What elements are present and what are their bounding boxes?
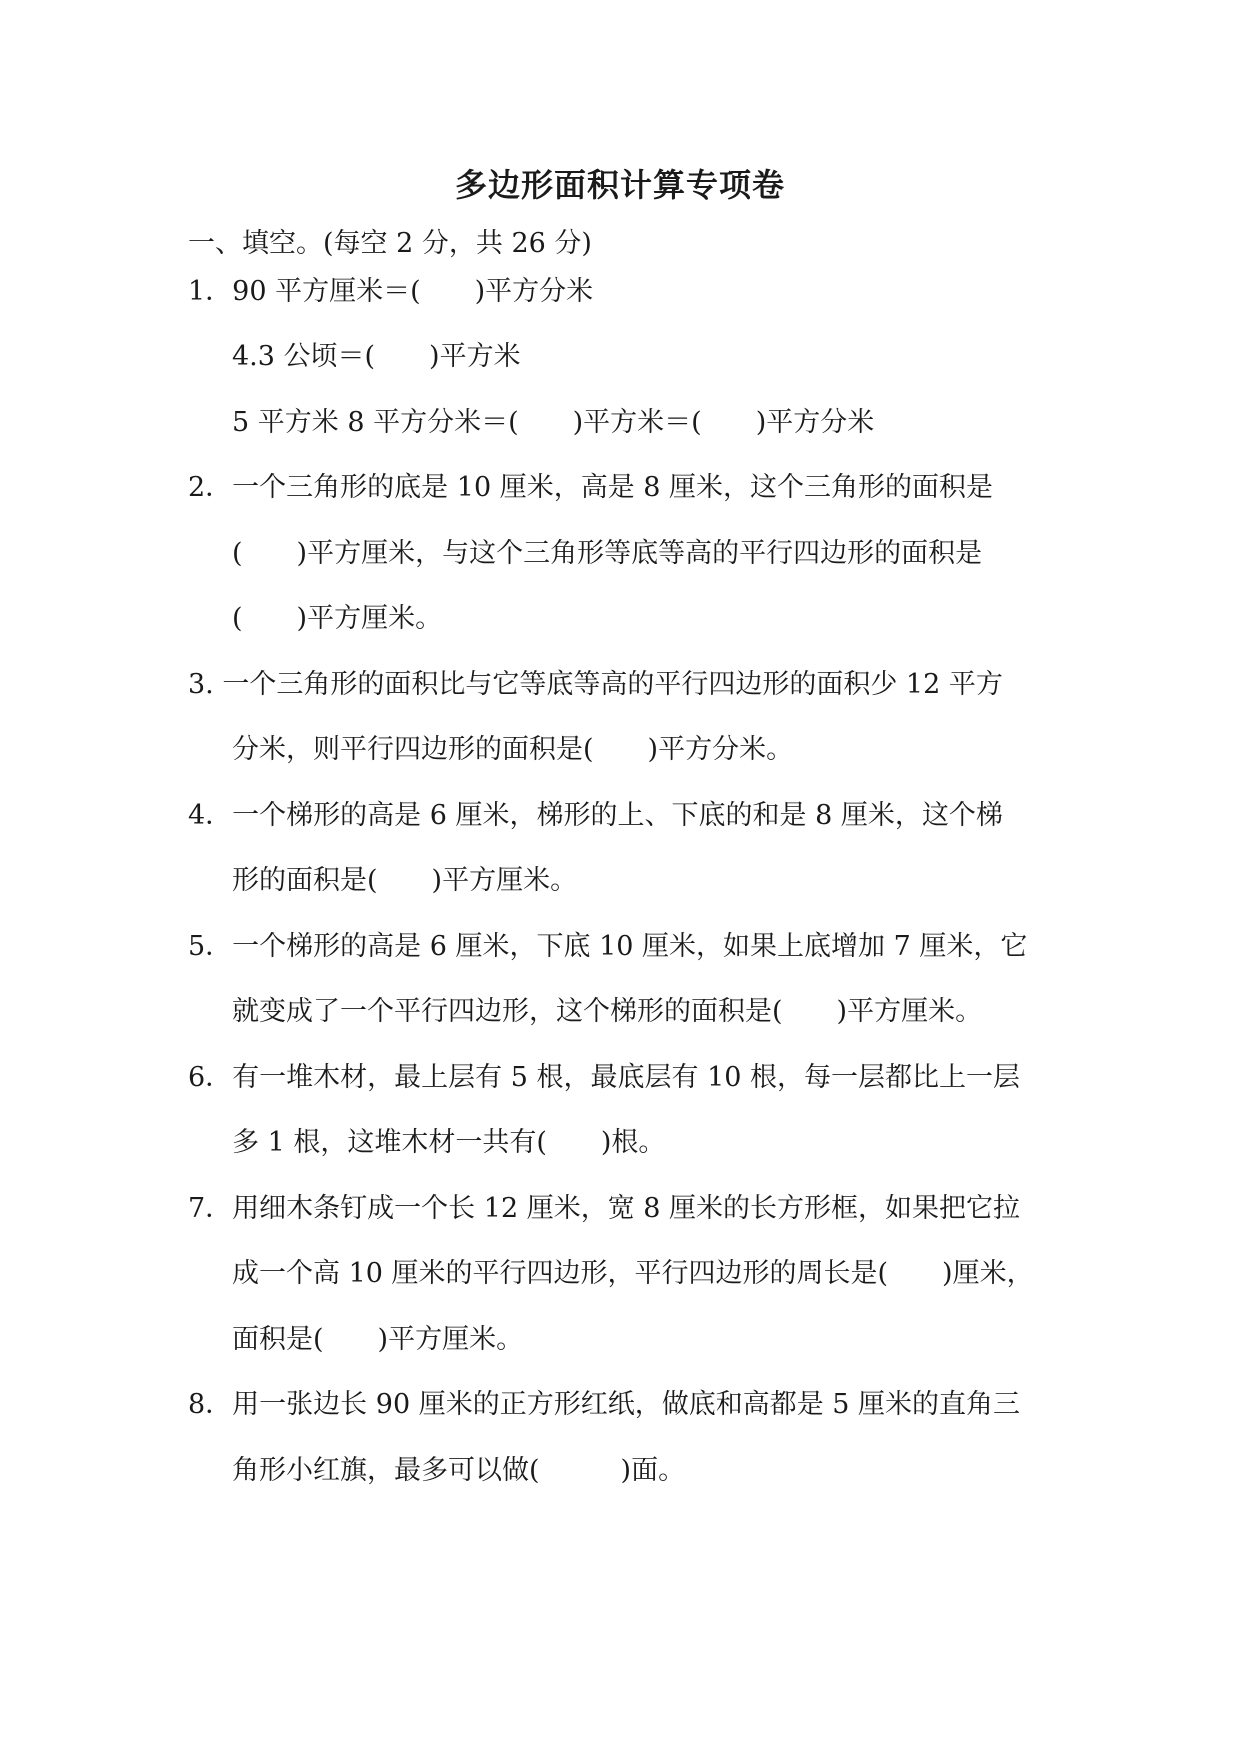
question-line: 3. 一个三角形的面积比与它等底等高的平行四边形的面积少 12 平方 <box>188 667 1003 703</box>
question-line: 4.3 公顷＝( )平方米 <box>232 339 521 375</box>
question-line: 成一个高 10 厘米的平行四边形，平行四边形的周长是( )厘米， <box>232 1256 1034 1292</box>
question-line: 7．用细木条钉成一个长 12 厘米，宽 8 厘米的长方形框，如果把它拉 <box>188 1191 1020 1227</box>
question-line: 8．用一张边长 90 厘米的正方形红纸，做底和高都是 5 厘米的直角三 <box>188 1387 1020 1423</box>
question-line: 分米，则平行四边形的面积是( )平方分米。 <box>232 732 793 768</box>
question-line: 5 平方米 8 平方分米＝( )平方米＝( )平方分米 <box>232 405 874 441</box>
section-heading: 一、填空。(每空 2 分，共 26 分) <box>188 226 592 262</box>
question-line: 2．一个三角形的底是 10 厘米，高是 8 厘米，这个三角形的面积是 <box>188 470 993 506</box>
question-line: 5．一个梯形的高是 6 厘米，下底 10 厘米，如果上底增加 7 厘米，它 <box>188 929 1027 965</box>
question-line: ( )平方厘米。 <box>232 601 442 637</box>
question-line: 就变成了一个平行四边形，这个梯形的面积是( )平方厘米。 <box>232 994 982 1030</box>
question-line: 多 1 根，这堆木材一共有( )根。 <box>232 1125 665 1161</box>
question-line: 形的面积是( )平方厘米。 <box>232 863 577 899</box>
question-line: 6．有一堆木材，最上层有 5 根，最底层有 10 根，每一层都比上一层 <box>188 1060 1020 1096</box>
question-line: 4．一个梯形的高是 6 厘米，梯形的上、下底的和是 8 厘米，这个梯 <box>188 798 1003 834</box>
page-title: 多边形面积计算专项卷 <box>0 160 1240 206</box>
question-line: 角形小红旗，最多可以做( )面。 <box>232 1453 685 1489</box>
question-line: 面积是( )平方厘米。 <box>232 1322 523 1358</box>
question-line: 1．90 平方厘米＝( )平方分米 <box>188 274 593 310</box>
question-line: ( )平方厘米，与这个三角形等底等高的平行四边形的面积是 <box>232 536 982 572</box>
